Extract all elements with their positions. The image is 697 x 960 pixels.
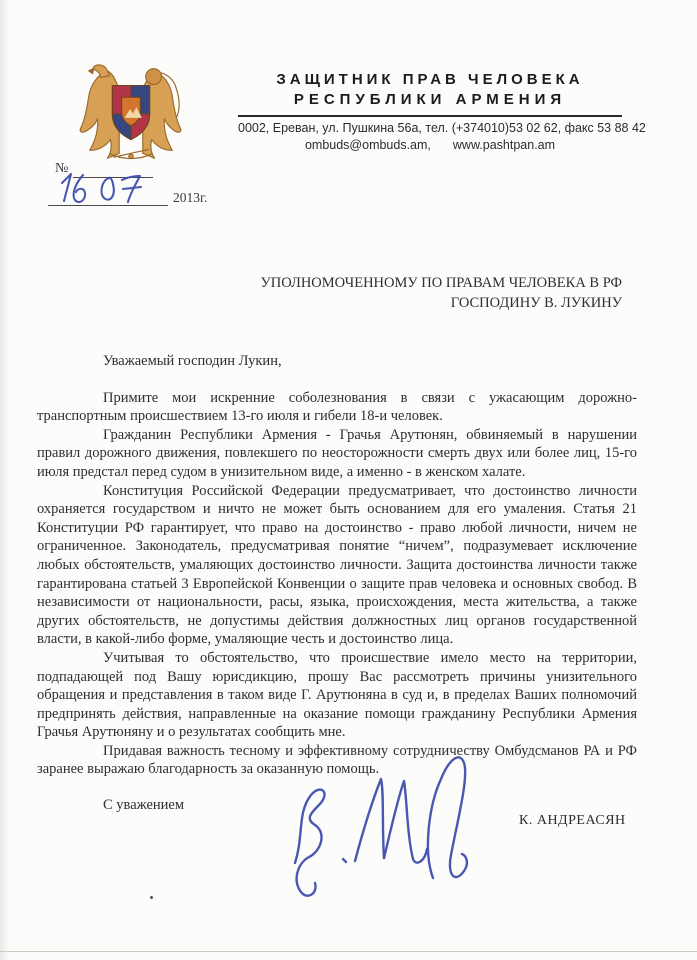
org-contacts: ombuds@ombuds.am,www.pashtpan.am [238, 137, 622, 153]
date-underline [48, 205, 168, 206]
salutation: Уважаемый господин Лукин, [37, 352, 637, 371]
scanned-letter-page: ЗАЩИТНИК ПРАВ ЧЕЛОВЕКА РЕСПУБЛИКИ АРМЕНИ… [0, 0, 697, 960]
paragraph: Гражданин Республики Армения - Грачья Ар… [37, 426, 637, 482]
org-website: www.pashtpan.am [453, 138, 555, 152]
handwritten-signature [263, 743, 481, 915]
date-year-suffix: 2013г. [173, 190, 207, 206]
signer-name: К. АНДРЕАСЯН [519, 813, 626, 829]
armenia-coat-of-arms-emblem [72, 58, 190, 168]
paragraph: Конституция Российской Федерации предусм… [37, 482, 637, 649]
scan-edge-line [0, 951, 697, 952]
letterhead-divider [238, 115, 622, 117]
recipient-line1: УПОЛНОМОЧЕННОМУ ПО ПРАВАМ ЧЕЛОВЕКА В РФ [261, 274, 622, 294]
recipient-line2: ГОСПОДИНУ В. ЛУКИНУ [261, 294, 622, 314]
org-email: ombuds@ombuds.am, [305, 138, 431, 152]
paragraph: Примите мои искренние соболезнования в с… [37, 389, 637, 426]
letterhead: ЗАЩИТНИК ПРАВ ЧЕЛОВЕКА РЕСПУБЛИКИ АРМЕНИ… [238, 70, 622, 153]
org-address-phone: 0002, Ереван, ул. Пушкина 56а, тел. (+37… [238, 120, 622, 137]
org-title-line1: ЗАЩИТНИК ПРАВ ЧЕЛОВЕКА [238, 70, 622, 90]
scan-speck [150, 896, 153, 899]
paragraph: Учитывая то обстоятельство, что происшес… [37, 649, 637, 742]
handwritten-date [50, 170, 148, 210]
org-title-line2: РЕСПУБЛИКИ АРМЕНИЯ [238, 90, 622, 110]
recipient-block: УПОЛНОМОЧЕННОМУ ПО ПРАВАМ ЧЕЛОВЕКА В РФ … [261, 274, 622, 313]
